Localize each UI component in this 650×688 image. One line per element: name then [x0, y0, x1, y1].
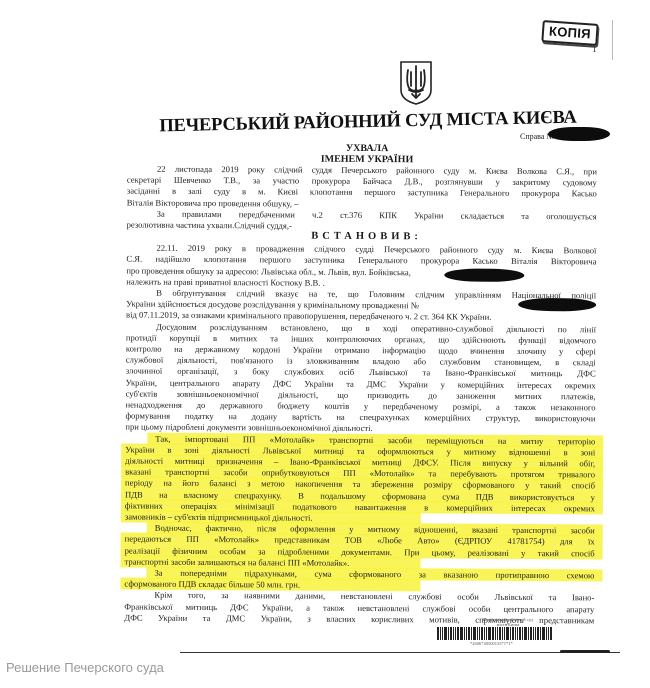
- document-text-line: Крім того, за наявними даними, невстанов…: [124, 591, 594, 602]
- barcode-bar: [448, 627, 449, 640]
- barcode-bar: [481, 627, 483, 640]
- barcode-bar: [528, 627, 529, 640]
- barcode-bar: [546, 627, 547, 640]
- barcode-bar: [457, 627, 459, 640]
- barcode-bar: [471, 627, 472, 640]
- document-text-line: Досудовим розслідуванням встановлено, що…: [126, 322, 596, 333]
- barcode-bar: [522, 627, 523, 640]
- barcode-bar: [517, 627, 518, 640]
- barcode-bar: [473, 627, 476, 640]
- image-caption: Решение Печерского суда: [6, 660, 164, 675]
- document-text-line: про проведення обшуку за адресою: Львівс…: [126, 266, 596, 277]
- barcode-bar: [479, 627, 480, 640]
- document-text-line: С.Я. надійшло клопотання першого заступн…: [126, 255, 596, 266]
- barcode-bar: [499, 627, 501, 640]
- document-text-line: Франківської митниць ДФС України, а тако…: [124, 602, 594, 613]
- barcode-bar: [464, 627, 465, 640]
- barcode-bar: [535, 627, 536, 640]
- barcode-bar: [504, 627, 505, 640]
- barcode-bar: [484, 627, 485, 640]
- barcode: [437, 627, 577, 640]
- barcode-bar: [542, 627, 545, 640]
- document-text-line: засіданні в залі суду в м. Києві клопота…: [127, 187, 597, 198]
- document-text-line: злочинної організації, з боку службових …: [126, 367, 596, 378]
- barcode-caption: Печерський районний суд міста Києва: [468, 617, 548, 627]
- barcode-number: *2606*40500135*1*1*: [470, 641, 513, 646]
- barcode-bar: [450, 627, 452, 640]
- barcode-bar: [460, 627, 463, 640]
- document-body: УХВАЛА ІМЕНЕМ УКРАЇНИ ВСТАНОВИВ: 22 лист…: [124, 0, 608, 656]
- document-text-line: України, центрального апарату ДФС Україн…: [126, 378, 596, 389]
- barcode-bar: [510, 627, 511, 640]
- barcode-bar: [512, 627, 514, 640]
- redacted-proceeding-number: [518, 298, 596, 311]
- barcode-bar: [440, 627, 441, 640]
- barcode-bar: [515, 627, 516, 640]
- barcode-bar: [466, 627, 467, 640]
- barcode-bar: [524, 627, 527, 640]
- barcode-bar: [495, 627, 496, 640]
- page-bottom-shadow: [560, 650, 610, 653]
- document-text-line: від 07.11.2019, за ознаками кримінальног…: [126, 311, 596, 322]
- barcode-bar: [497, 627, 498, 640]
- barcode-bar: [442, 627, 443, 640]
- barcode-bar: [468, 627, 470, 640]
- document-text-line: Віталія Вікторовича про проведення обшук…: [127, 198, 597, 209]
- barcode-bar: [486, 627, 487, 640]
- scan-edge-line: [612, 20, 613, 60]
- barcode-bar: [444, 627, 447, 640]
- barcode-bar: [437, 627, 439, 640]
- barcode-bar: [506, 627, 509, 640]
- barcode-bar: [519, 627, 521, 640]
- redacted-address: [444, 268, 524, 281]
- barcode-bar: [455, 627, 456, 640]
- barcode-bar: [488, 627, 491, 640]
- barcode-bar: [540, 627, 541, 640]
- barcode-bar: [533, 627, 534, 640]
- barcode-bar: [477, 627, 478, 640]
- barcode-bar: [492, 627, 494, 640]
- scanned-document-page: КОПІЯ 1 ПЕЧЕРСЬКИЙ РАЙОННИЙ СУД МІСТА КИ…: [0, 0, 650, 655]
- barcode-bar: [502, 627, 503, 640]
- barcode-bar: [530, 627, 532, 640]
- barcode-bar: [453, 627, 454, 640]
- page-bottom-edge: [180, 652, 620, 653]
- document-lines: 22 листопада 2019 року слідчий суддя Печ…: [128, 0, 608, 1]
- barcode-bar: [550, 627, 552, 640]
- barcode-bar: [537, 627, 539, 640]
- barcode-bar: [548, 627, 549, 640]
